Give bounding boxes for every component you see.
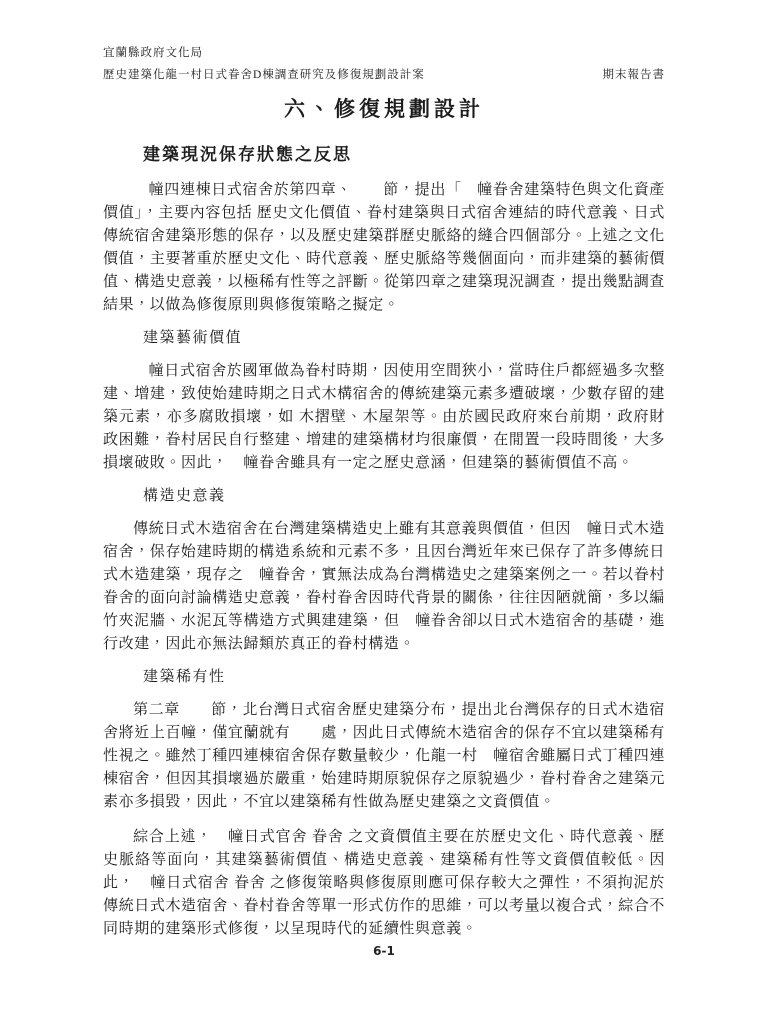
subsection-paragraph-construction-history: 傳統日式木造宿舍在台灣建築構造史上雖有其意義與價值，但因 幢日式木造宿舍，保存始… xyxy=(103,518,665,656)
header-agency: 宜蘭縣政府文化局 xyxy=(103,45,665,61)
intro-paragraph: 幢四連棟日式宿舍於第四章、 節，提出「 幢眷舍建築特色與文化資產價值」，主要內容… xyxy=(103,179,665,317)
page-content: 宜蘭縣政府文化局 歷史建築化龍一村日式眷舍D棟調查研究及修復規劃設計案 期末報告… xyxy=(103,45,665,941)
section-heading: 建築現況保存狀態之反思 xyxy=(143,143,665,167)
subsection-heading-artistic-value: 建築藝術價值 xyxy=(143,328,665,349)
subsection-heading-rarity: 建築稀有性 xyxy=(143,667,665,688)
page-number: 6-1 xyxy=(0,944,768,958)
header-report-type: 期末報告書 xyxy=(603,67,666,83)
conclusion-paragraph: 綜合上述， 幢日式官舍 眷舍 之文資價值主要在於歷史文化、時代意義、歷史脈絡等面… xyxy=(103,826,665,941)
document-page: 宜蘭縣政府文化局 歷史建築化龍一村日式眷舍D棟調查研究及修復規劃設計案 期末報告… xyxy=(0,0,768,1024)
header-project-title: 歷史建築化龍一村日式眷舍D棟調查研究及修復規劃設計案 xyxy=(103,67,425,83)
subsection-heading-construction-history: 構造史意義 xyxy=(143,486,665,507)
chapter-title: 六、修復規劃設計 xyxy=(103,95,665,123)
header-project-row: 歷史建築化龍一村日式眷舍D棟調查研究及修復規劃設計案 期末報告書 xyxy=(103,67,665,83)
report-header: 宜蘭縣政府文化局 歷史建築化龍一村日式眷舍D棟調查研究及修復規劃設計案 期末報告… xyxy=(103,45,665,83)
subsection-paragraph-artistic-value: 幢日式宿舍於國軍做為眷村時期，因使用空間狹小，當時住戶都經過多次整建、增建，致使… xyxy=(103,360,665,475)
subsection-paragraph-rarity: 第二章 節，北台灣日式宿舍歷史建築分布，提出北台灣保存的日式木造宿舍將近上百幢，… xyxy=(103,699,665,814)
